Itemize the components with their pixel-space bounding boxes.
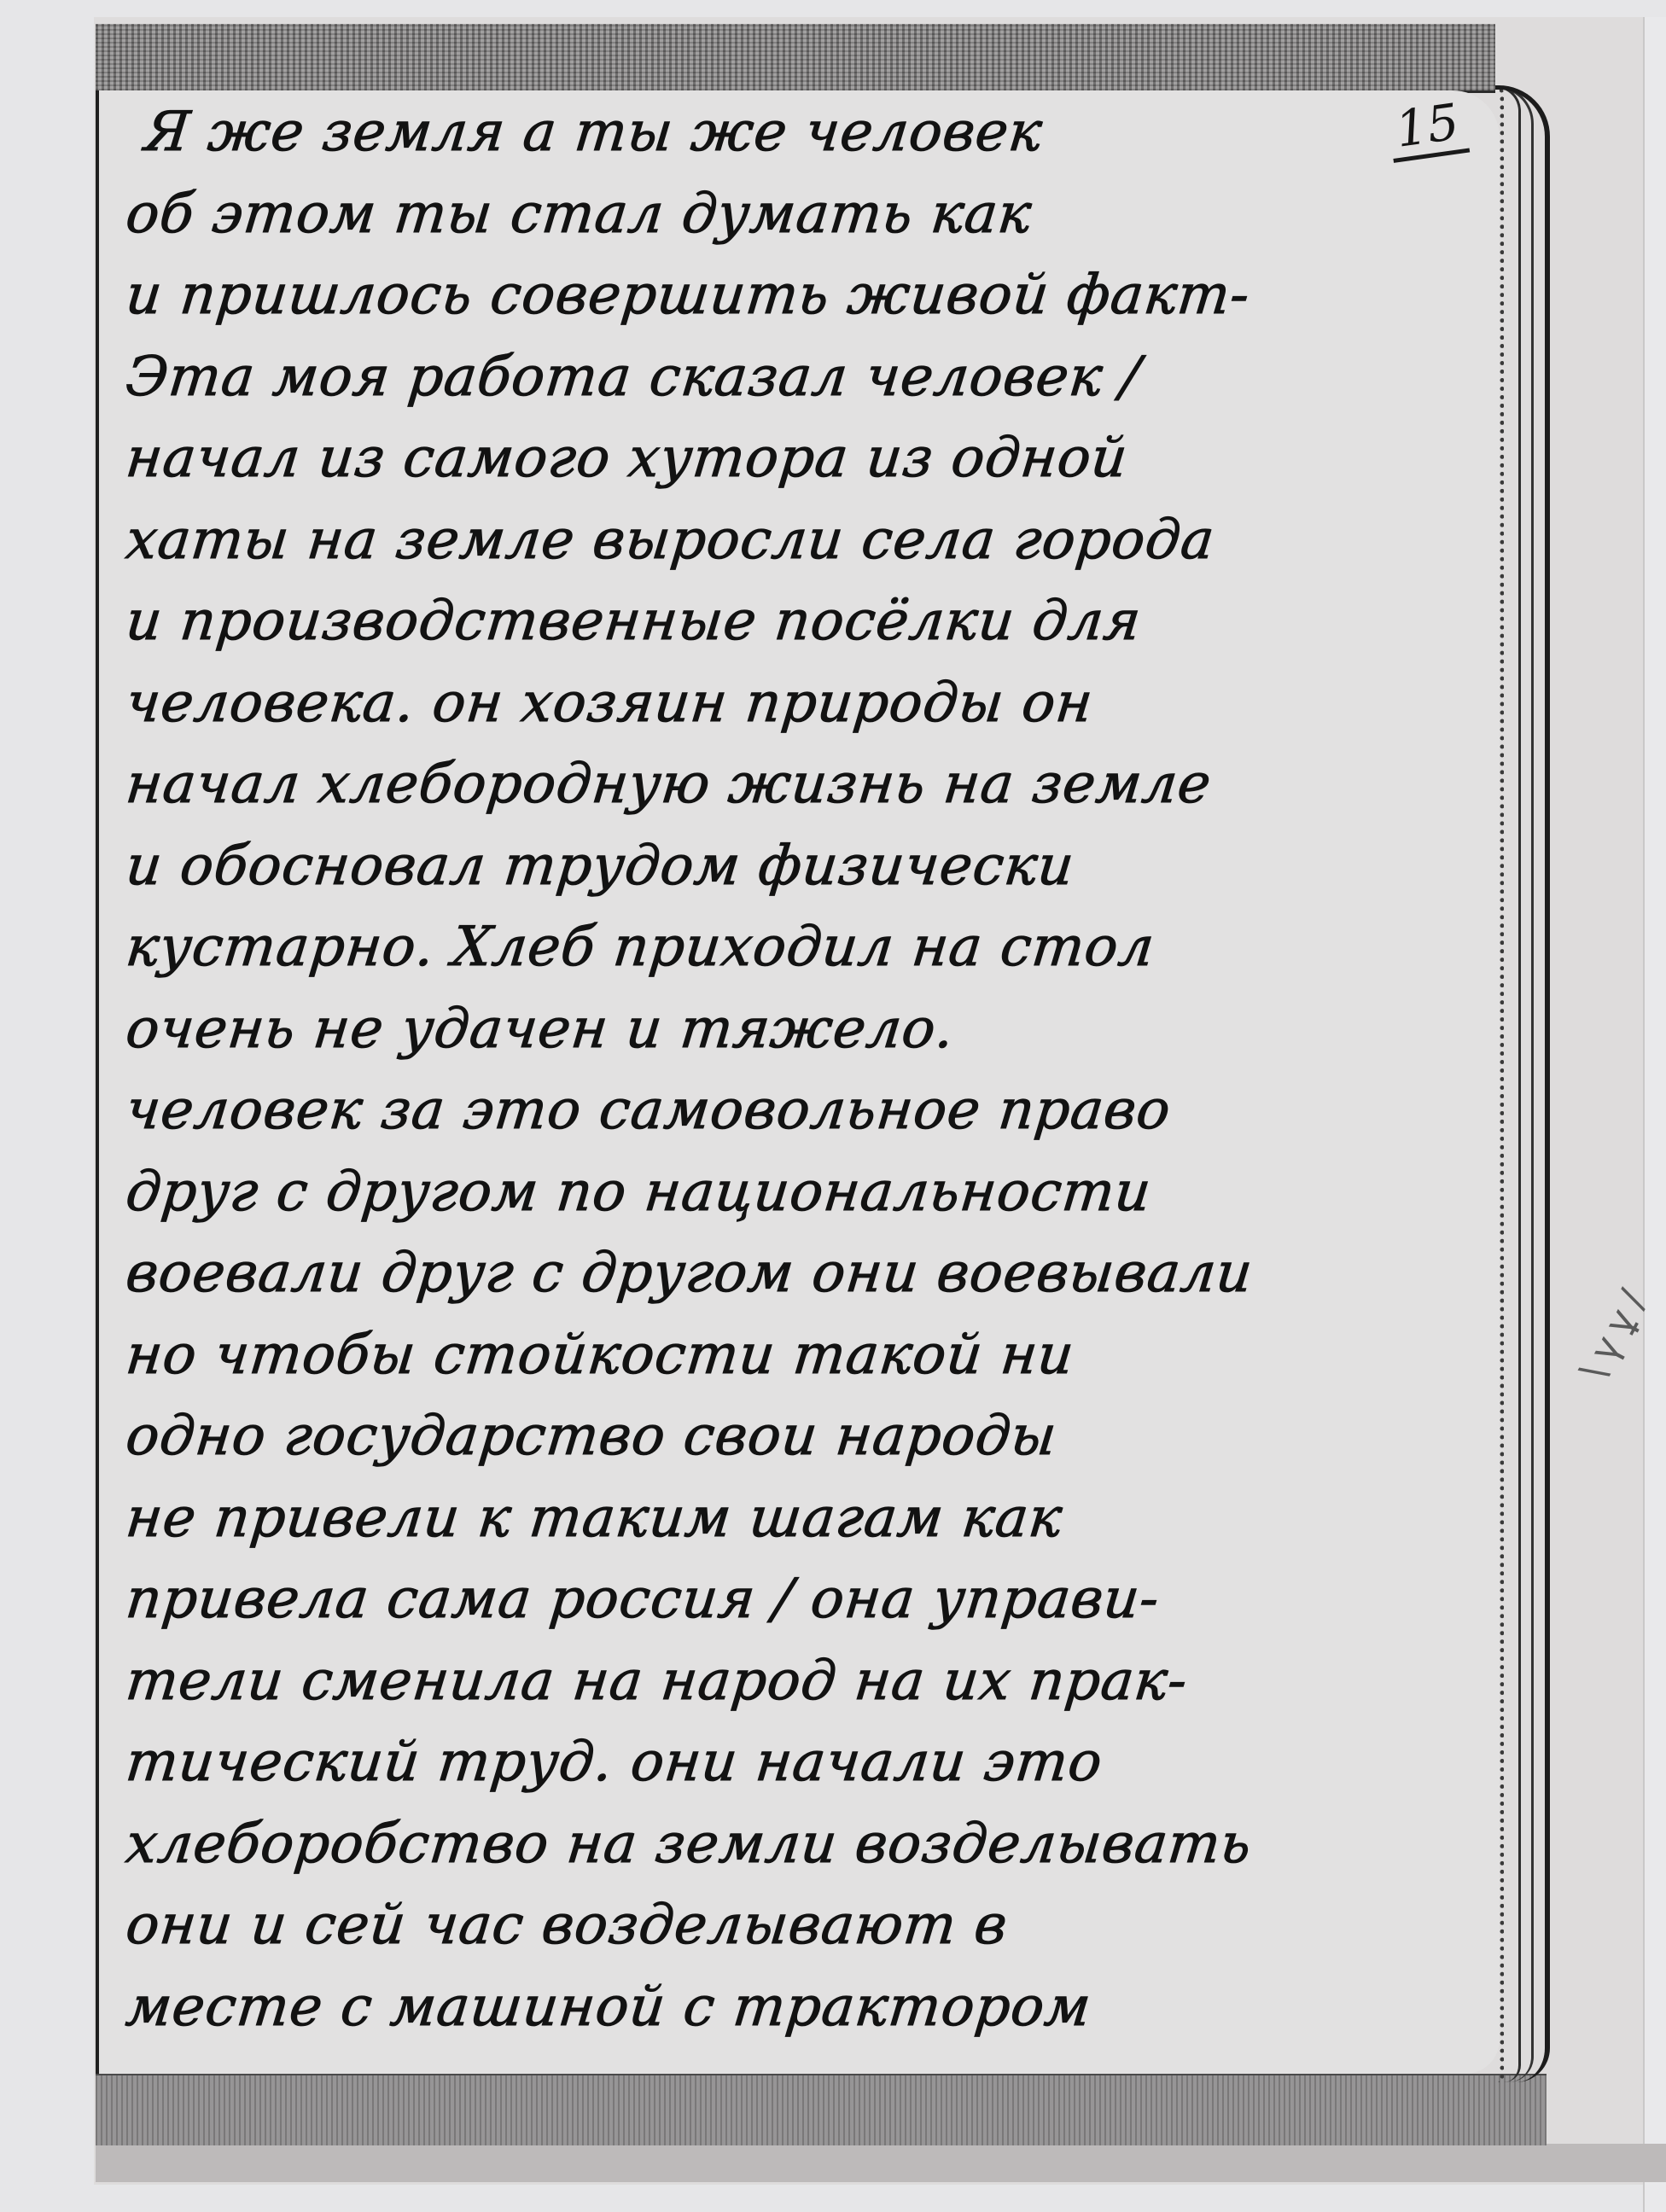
text-line: человек за это самовольное право [122,1070,1488,1152]
text-line: человека. он хозяин природы он [122,663,1488,745]
text-line: но чтобы стойкости такой ни [122,1315,1488,1397]
text-line: кустарно. Хлеб приходил на стол [122,907,1488,989]
text-line: очень не удачен и тяжело. [122,989,1488,1071]
text-line: об этом ты стал думать как [122,174,1488,256]
text-line: не привели к таким шагам как [122,1478,1488,1560]
bottom-border-band [96,2074,1547,2145]
text-line: привела сама россия / она управи- [122,1559,1488,1641]
top-border-band [96,24,1495,93]
handwritten-text-body: Я же земля а ты же человек об этом ты ст… [126,92,1483,2048]
text-line: тели сменила на народ на их прак- [122,1641,1488,1723]
text-line: Я же земля а ты же человек [122,92,1488,174]
text-line: и обосновал трудом физически [122,826,1488,908]
text-line: воевали друг с другом они воевывали [122,1233,1488,1315]
text-line: тический труд. они начали это [122,1722,1488,1804]
text-line: и производственные посёлки для [122,581,1488,663]
text-line: начал из самого хутора из одной [122,418,1488,500]
paper-edge [1643,17,1666,2212]
frame-line-outer [1495,85,1550,2082]
text-line: месте с машиной с трактором [122,1967,1488,2049]
text-line: хлеборобство на земли возделывать [122,1804,1488,1886]
text-line: Эта моя работа сказал человек / [122,337,1488,419]
right-frame-border [1495,85,1552,2082]
text-line: и пришлось совершить живой факт- [122,255,1488,337]
bottom-shadow-band [96,2144,1666,2182]
text-line: одно государство свои народы [122,1396,1488,1478]
text-line: друг с другом по национальности [122,1152,1488,1234]
text-line: начал хлебородную жизнь на земле [122,744,1488,826]
text-line: хаты на земле выросли села города [122,500,1488,582]
text-line: они и сей час возделывают в [122,1885,1488,1967]
